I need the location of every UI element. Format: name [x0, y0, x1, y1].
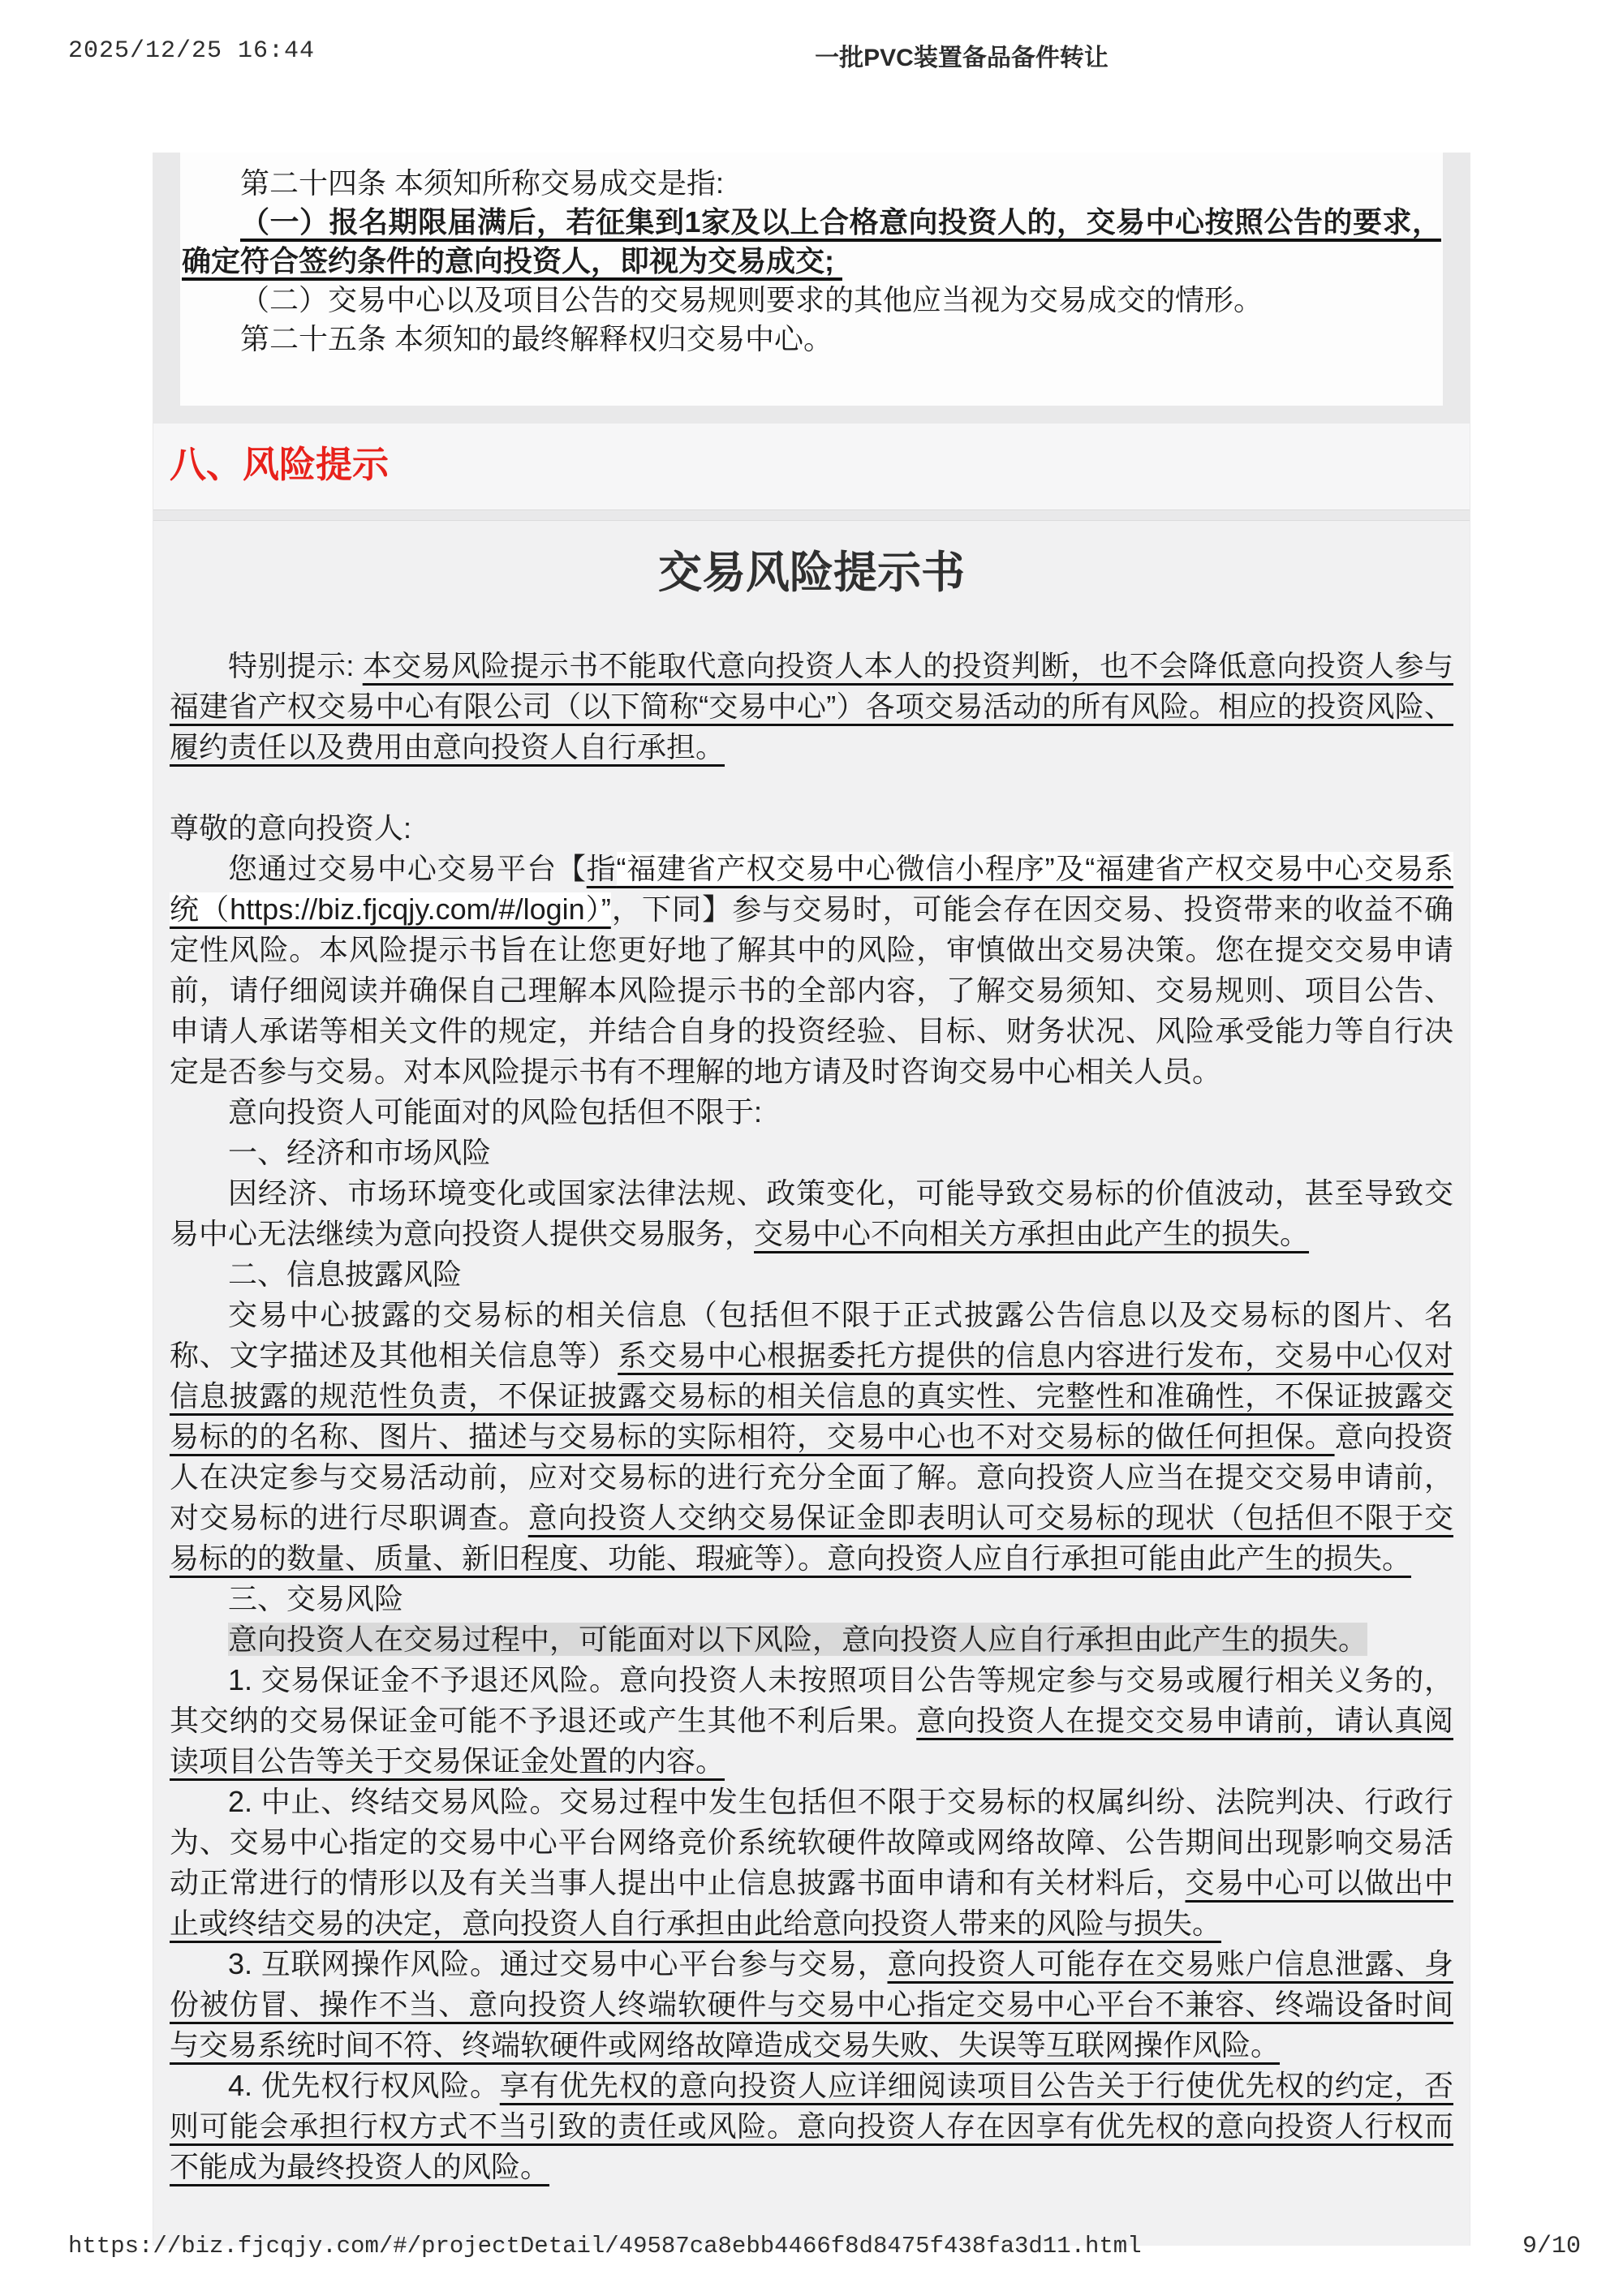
page-number: 9/10	[1522, 2233, 1581, 2260]
notice-paragraphs: 第二十四条 本须知所称交易成交是指:（一）报名期限届满后，若征集到1家及以上合格…	[182, 164, 1441, 359]
text-segment: 3. 互联网操作风险。通过交易中心平台参与交易，	[228, 1947, 888, 1980]
paragraph: （一）报名期限届满后，若征集到1家及以上合格意向投资人的，交易中心按照公告的要求…	[182, 203, 1441, 281]
paragraph: 三、交易风险	[170, 1579, 1453, 1619]
text-segment: 意向投资人可能面对的风险包括但不限于:	[228, 1095, 762, 1129]
print-footer: https://biz.fjcqjy.com/#/projectDetail/4…	[0, 2233, 1623, 2265]
paragraph: 第二十四条 本须知所称交易成交是指:	[182, 164, 1441, 203]
paragraph: 意向投资人在交易过程中，可能面对以下风险，意向投资人应自行承担由此产生的损失。	[170, 1619, 1453, 1660]
paragraph: 交易中心披露的交易标的相关信息（包括但不限于正式披露公告信息以及交易标的图片、名…	[170, 1295, 1453, 1579]
text-segment: 三、交易风险	[228, 1582, 403, 1615]
text-segment: 二、信息披露风险	[228, 1258, 462, 1291]
print-header: 2025/12/25 16:44 一批PVC装置备品备件转让	[0, 37, 1623, 70]
paragraph: 因经济、市场环境变化或国家法律法规、政策变化，可能导致交易标的价值波动，甚至导致…	[170, 1173, 1453, 1254]
text-segment: （一）报名期限届满后，若征集到1家及以上合格意向投资人的，交易中心按照公告的要求…	[182, 205, 1441, 277]
text-segment: 第二十四条 本须知所称交易成交是指:	[240, 166, 724, 200]
content-column: 第二十四条 本须知所称交易成交是指:（一）报名期限届满后，若征集到1家及以上合格…	[153, 153, 1470, 2246]
text-segment: （二）交易中心以及项目公告的交易规则要求的其他应当视为交易成交的情形。	[240, 283, 1263, 316]
paragraph: 尊敬的意向投资人:	[170, 808, 1453, 849]
text-segment: 特别提示:	[228, 649, 363, 682]
paragraph: （二）交易中心以及项目公告的交易规则要求的其他应当视为交易成交的情形。	[182, 281, 1441, 320]
print-timestamp: 2025/12/25 16:44	[68, 37, 315, 65]
paragraph: 3. 互联网操作风险。通过交易中心平台参与交易，意向投资人可能存在交易账户信息泄…	[170, 1944, 1453, 2066]
text-segment: 尊敬的意向投资人:	[170, 811, 411, 845]
text-segment: 4. 优先权行权风险。	[228, 2069, 500, 2102]
printed-page: { "colors": { "accent_red": "#e8211b", "…	[0, 0, 1623, 2296]
text-segment: 本交易风险提示书不能取代意向投资人本人的投资判断，也不会降低意向投资人参与福建省…	[170, 649, 1453, 763]
risk-document-title: 交易风险提示书	[170, 547, 1453, 599]
risk-section-heading-card: 八、风险提示	[153, 424, 1470, 510]
paragraph: 第二十五条 本须知的最终解释权归交易中心。	[182, 320, 1441, 359]
page-title: 一批PVC装置备品备件转让	[815, 37, 1109, 73]
text-segment: 指	[587, 852, 617, 885]
notice-terms-card: 第二十四条 本须知所称交易成交是指:（一）报名期限届满后，若征集到1家及以上合格…	[180, 153, 1443, 406]
text-segment: 意向投资人在交易过程中，可能面对以下风险，意向投资人应自行承担由此产生的损失。	[228, 1623, 1367, 1656]
paragraph: 一、经济和市场风险	[170, 1133, 1453, 1173]
paragraph: 1. 交易保证金不予退还风险。意向投资人未按照项目公告等规定参与交易或履行相关义…	[170, 1660, 1453, 1782]
paragraph: 您通过交易中心交易平台【指“福建省产权交易中心微信小程序”及“福建省产权交易中心…	[170, 849, 1453, 1092]
risk-section-heading: 八、风险提示	[170, 443, 1453, 487]
risk-document-paragraphs: 特别提示: 本交易风险提示书不能取代意向投资人本人的投资判断，也不会降低意向投资…	[170, 646, 1453, 2187]
risk-document-card: 交易风险提示书 特别提示: 本交易风险提示书不能取代意向投资人本人的投资判断，也…	[153, 520, 1470, 2246]
text-segment: 一、经济和市场风险	[228, 1136, 491, 1169]
text-segment: 交易中心不向相关方承担由此产生的损失。	[754, 1217, 1309, 1250]
source-url: https://biz.fjcqjy.com/#/projectDetail/4…	[68, 2233, 1142, 2259]
text-segment: 第二十五条 本须知的最终解释权归交易中心。	[240, 322, 833, 355]
paragraph: 特别提示: 本交易风险提示书不能取代意向投资人本人的投资判断，也不会降低意向投资…	[170, 646, 1453, 767]
paragraph: 二、信息披露风险	[170, 1254, 1453, 1295]
paragraph: 4. 优先权行权风险。享有优先权的意向投资人应详细阅读项目公告关于行使优先权的约…	[170, 2066, 1453, 2187]
paragraph: 2. 中止、终结交易风险。交易过程中发生包括但不限于交易标的权属纠纷、法院判决、…	[170, 1782, 1453, 1944]
paragraph: 意向投资人可能面对的风险包括但不限于:	[170, 1092, 1453, 1133]
text-segment: 您通过交易中心交易平台【	[228, 852, 587, 885]
